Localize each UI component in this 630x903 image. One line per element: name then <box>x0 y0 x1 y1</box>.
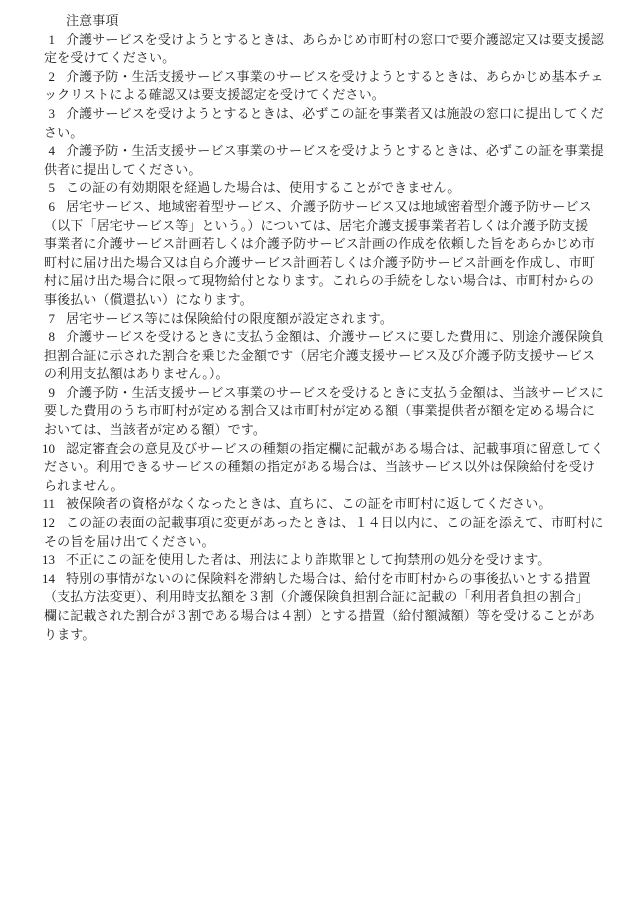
note-line-text: 供者に提出してください。 <box>44 162 201 177</box>
item-number: 7 <box>42 310 55 329</box>
note-line-text: その旨を届け出てください。 <box>44 534 215 549</box>
note-line-text: 要した費用のうち市町村が定める割合又は市町村が定める額（事業提供者が額を定める場… <box>44 403 595 418</box>
note-first-line: 3介護サービスを受けようとするときは、必ずこの証を事業者又は施設の窓口に提出して… <box>42 105 606 124</box>
note-line-text: おいては、当該者が定める額）です。 <box>44 422 266 437</box>
item-number: 5 <box>42 179 55 198</box>
item-number: 8 <box>42 328 55 347</box>
note-continuation-line: の利用支払額はありません。）。 <box>42 365 606 384</box>
item-number: 14 <box>42 570 55 589</box>
note-line-text: 介護予防・生活支援サービス事業のサービスを受けようとするときは、必ずこの証を事業… <box>66 143 604 158</box>
note-first-line: 11被保険者の資格がなくなったときは、直ちに、この証を市町村に返してください。 <box>42 495 606 514</box>
note-line-text: られません。 <box>44 478 124 493</box>
note-continuation-line: 事業者に介護サービス計画若しくは介護予防サービス計画の作成を依頼した旨をあらかじ… <box>42 235 606 254</box>
note-continuation-line: ックリストによる確認又は要支援認定を受けてください。 <box>42 86 606 105</box>
note-continuation-line: 定を受けてください。 <box>42 49 606 68</box>
note-line-text: 介護サービスを受けようとするときは、必ずこの証を事業者又は施設の窓口に提出してく… <box>66 106 604 121</box>
note-continuation-line: おいては、当該者が定める額）です。 <box>42 421 606 440</box>
note-first-line: 7居宅サービス等には保険給付の限度額が設定されます。 <box>42 310 606 329</box>
note-line-text: 介護予防・生活支援サービス事業のサービスを受けるときに支払う金額は、当該サービス… <box>66 385 604 400</box>
document-page: 注意事項 1介護サービスを受けようとするときは、あらかじめ市町村の窓口で要介護認… <box>0 0 630 903</box>
note-line-text: の利用支払額はありません。）。 <box>44 366 229 381</box>
note-line-text: 介護予防・生活支援サービス事業のサービスを受けようとするときは、あらかじめ基本チ… <box>66 69 604 84</box>
item-number: 11 <box>42 495 55 514</box>
note-line-text: 事業者に介護サービス計画若しくは介護予防サービス計画の作成を依頼した旨をあらかじ… <box>44 236 595 251</box>
item-number: 2 <box>42 68 55 87</box>
note-line-text: 担割合証に示された割合を乗じた金額です（居宅介護支援サービス及び介護予防支援サー… <box>44 348 595 363</box>
note-continuation-line: （支払方法変更）、利用時支払額を３割（介護保険負担割合証に記載の「利用者負担の割… <box>42 588 606 607</box>
note-continuation-line: 町村に届け出た場合又は自ら介護サービス計画若しくは介護予防サービス計画を作成し、… <box>42 254 606 273</box>
note-line-text: 認定審査会の意見及びサービスの種類の指定欄に記載がある場合は、記載事項に留意して… <box>66 441 604 456</box>
item-number: 1 <box>42 31 55 50</box>
note-continuation-line: （以下「居宅サービス等」という。）については、居宅介護支援事業者若しくは介護予防… <box>42 217 606 236</box>
note-first-line: 9介護予防・生活支援サービス事業のサービスを受けるときに支払う金額は、当該サービ… <box>42 384 606 403</box>
note-first-line: 14特別の事情がないのに保険料を滞納した場合は、給付を市町村からの事後払いとする… <box>42 570 606 589</box>
note-first-line: 4介護予防・生活支援サービス事業のサービスを受けようとするときは、必ずこの証を事… <box>42 142 606 161</box>
note-first-line: 10認定審査会の意見及びサービスの種類の指定欄に記載がある場合は、記載事項に留意… <box>42 440 606 459</box>
note-line-text: この証の有効期限を経過した場合は、使用することができません。 <box>66 180 460 195</box>
note-first-line: 12この証の表面の記載事項に変更があったときは、１４日以内に、この証を添えて、市… <box>42 514 606 533</box>
item-number: 4 <box>42 142 55 161</box>
notes-list: 1介護サービスを受けようとするときは、あらかじめ市町村の窓口で要介護認定又は要支… <box>42 31 606 645</box>
note-line-text: 町村に届け出た場合又は自ら介護サービス計画若しくは介護予防サービス計画を作成し、… <box>44 255 595 270</box>
note-line-text: 事後払い（償還払い）になります。 <box>44 292 253 307</box>
note-line-text: ださい。利用できるサービスの種類の指定がある場合は、当該サービス以外は保険給付を… <box>44 459 595 474</box>
note-continuation-line: 担割合証に示された割合を乗じた金額です（居宅介護支援サービス及び介護予防支援サー… <box>42 347 606 366</box>
note-continuation-line: られません。 <box>42 477 606 496</box>
item-number: 13 <box>42 551 55 570</box>
note-line-text: 定を受けてください。 <box>44 50 175 65</box>
note-first-line: 13不正にこの証を使用した者は、刑法により詐欺罪として拘禁刑の処分を受けます。 <box>42 551 606 570</box>
note-continuation-line: ります。 <box>42 626 606 645</box>
item-number: 10 <box>42 440 55 459</box>
item-number: 9 <box>42 384 55 403</box>
note-line-text: 被保険者の資格がなくなったときは、直ちに、この証を市町村に返してください。 <box>66 496 551 511</box>
note-first-line: 2介護予防・生活支援サービス事業のサービスを受けようとするときは、あらかじめ基本… <box>42 68 606 87</box>
note-line-text: 介護サービスを受けようとするときは、あらかじめ市町村の窓口で要介護認定又は要支援… <box>66 32 604 47</box>
note-continuation-line: 供者に提出してください。 <box>42 161 606 180</box>
note-continuation-line: 事後払い（償還払い）になります。 <box>42 291 606 310</box>
note-line-text: 居宅サービス等には保険給付の限度額が設定されます。 <box>66 311 393 326</box>
note-line-text: （支払方法変更）、利用時支払額を３割（介護保険負担割合証に記載の「利用者負担の割… <box>44 589 589 604</box>
note-continuation-line: 欄に記載された割合が３割である場合は４割）とする措置（給付額減額）等を受けること… <box>42 607 606 626</box>
note-first-line: 5この証の有効期限を経過した場合は、使用することができません。 <box>42 179 606 198</box>
note-first-line: 1介護サービスを受けようとするときは、あらかじめ市町村の窓口で要介護認定又は要支… <box>42 31 606 50</box>
item-number: 3 <box>42 105 55 124</box>
notes-heading: 注意事項 <box>42 12 606 31</box>
note-continuation-line: 村に届け出た場合に限って現物給付となります。これらの手続をしない場合は、市町村か… <box>42 272 606 291</box>
note-line-text: 不正にこの証を使用した者は、刑法により詐欺罪として拘禁刑の処分を受けます。 <box>66 552 550 567</box>
note-continuation-line: 要した費用のうち市町村が定める割合又は市町村が定める額（事業提供者が額を定める場… <box>42 402 606 421</box>
item-number: 12 <box>42 514 55 533</box>
note-line-text: 特別の事情がないのに保険料を滞納した場合は、給付を市町村からの事後払いとする措置 <box>66 571 591 586</box>
note-continuation-line: ださい。利用できるサービスの種類の指定がある場合は、当該サービス以外は保険給付を… <box>42 458 606 477</box>
note-first-line: 6居宅サービス、地域密着型サービス、介護予防サービス又は地域密着型介護予防サービ… <box>42 198 606 217</box>
note-line-text: ります。 <box>44 627 95 642</box>
note-line-text: 居宅サービス、地域密着型サービス、介護予防サービス又は地域密着型介護予防サービス <box>66 199 592 214</box>
item-number: 6 <box>42 198 55 217</box>
note-line-text: この証の表面の記載事項に変更があったときは、１４日以内に、この証を添えて、市町村… <box>66 515 604 530</box>
note-line-text: （以下「居宅サービス等」という。）については、居宅介護支援事業者若しくは介護予防… <box>44 218 588 233</box>
note-line-text: 欄に記載された割合が３割である場合は４割）とする措置（給付額減額）等を受けること… <box>44 608 595 623</box>
note-line-text: 介護サービスを受けるときに支払う金額は、介護サービスに要した費用に、別途介護保険… <box>66 329 604 344</box>
note-line-text: さい。 <box>44 125 83 140</box>
note-line-text: ックリストによる確認又は要支援認定を受けてください。 <box>44 87 385 102</box>
note-continuation-line: さい。 <box>42 124 606 143</box>
note-first-line: 8介護サービスを受けるときに支払う金額は、介護サービスに要した費用に、別途介護保… <box>42 328 606 347</box>
note-line-text: 村に届け出た場合に限って現物給付となります。これらの手続をしない場合は、市町村か… <box>44 273 594 288</box>
note-continuation-line: その旨を届け出てください。 <box>42 533 606 552</box>
